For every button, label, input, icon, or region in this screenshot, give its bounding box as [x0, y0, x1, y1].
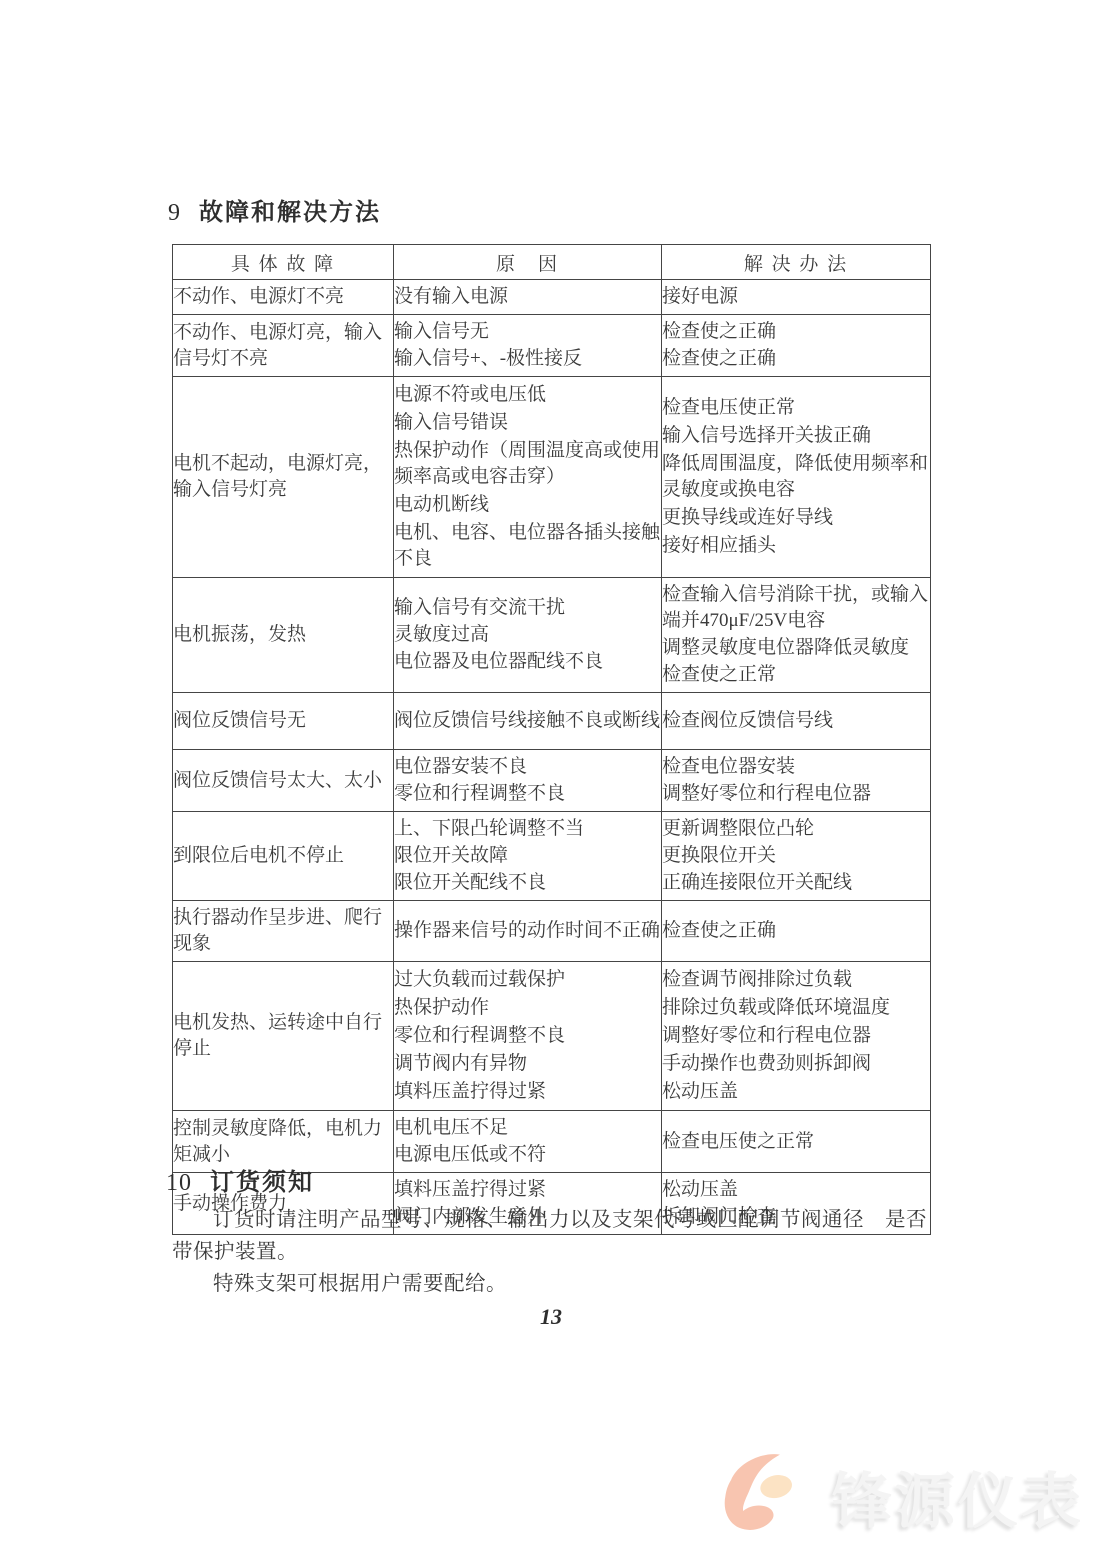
solution-cell-line: 检查电位器安装: [662, 754, 930, 780]
solution-cell-line: 检查阀位反馈信号线: [662, 708, 930, 734]
solution-cell: 更新调整限位凸轮更换限位开关正确连接限位开关配线: [662, 812, 931, 901]
solution-cell-line: 检查使之正确: [662, 346, 930, 372]
solution-cell-line: 输入信号选择开关拔正确: [662, 423, 930, 449]
cause-cell: 电源不符或电压低输入信号错误热保护动作（周围温度高或使用频率高或电容击穿）电动机…: [394, 377, 662, 578]
table-row: 不动作、电源灯亮，输入信号灯不亮输入信号无输入信号+、-极性接反检查使之正确检查…: [173, 315, 931, 377]
cause-cell-line: 限位开关故障: [394, 843, 661, 869]
ordering-paragraph-2: 特殊支架可根据用户需要配给。: [172, 1268, 942, 1300]
document-page: 9 故障和解决方法 具 体 故 障 原 因 解 决 办 法 不动作、电源灯不亮没…: [0, 0, 1102, 1559]
table-row: 阀位反馈信号无阀位反馈信号线接触不良或断线检查阀位反馈信号线: [173, 693, 931, 750]
cause-cell: 操作器来信号的动作时间不正确: [394, 901, 662, 962]
cause-cell-line: 填料压盖拧得过紧: [394, 1177, 661, 1203]
solution-cell: 检查电压使正常输入信号选择开关拔正确降低周围温度，降低使用频率和灵敏度或换电容更…: [662, 377, 931, 578]
solution-cell-line: 更新调整限位凸轮: [662, 816, 930, 842]
cause-cell-line: 输入信号有交流干扰: [394, 595, 661, 621]
fault-cell-line: 不动作、电源灯亮，输入信号灯不亮: [173, 320, 393, 372]
cause-cell: 电位器安装不良零位和行程调整不良: [394, 750, 662, 812]
cause-cell: 没有输入电源: [394, 280, 662, 315]
cause-cell-line: 电机电压不足: [394, 1115, 661, 1141]
fault-cell: 电机发热、运转途中自行停止: [173, 962, 394, 1111]
solution-cell-line: 检查电压使之正常: [662, 1129, 930, 1155]
cause-cell-line: 填料压盖拧得过紧: [394, 1079, 661, 1105]
solution-cell-line: 降低周围温度，降低使用频率和灵敏度或换电容: [662, 451, 930, 503]
cause-cell-line: 输入信号+、-极性接反: [394, 346, 661, 372]
cause-cell-line: 零位和行程调整不良: [394, 1023, 661, 1049]
fault-cell: 阀位反馈信号太大、太小: [173, 750, 394, 812]
solution-cell-line: 检查使之正确: [662, 319, 930, 345]
solution-cell: 检查调节阀排除过负载排除过负载或降低环境温度调整好零位和行程电位器手动操作也费劲…: [662, 962, 931, 1111]
table-row: 电机振荡，发热输入信号有交流干扰灵敏度过高电位器及电位器配线不良检查输入信号消除…: [173, 578, 931, 693]
solution-cell-line: 检查输入信号消除干扰，或输入端并470μF/25V电容: [662, 582, 930, 634]
fault-cell: 电机振荡，发热: [173, 578, 394, 693]
cause-cell-line: 电位器安装不良: [394, 754, 661, 780]
fault-table-body: 不动作、电源灯不亮没有输入电源接好电源不动作、电源灯亮，输入信号灯不亮输入信号无…: [173, 280, 931, 1235]
watermark-text: 锋源仪表: [832, 1454, 1084, 1540]
solution-cell: 检查电位器安装调整好零位和行程电位器: [662, 750, 931, 812]
cause-cell-line: 过大负载而过载保护: [394, 967, 661, 993]
cause-cell-line: 上、下限凸轮调整不当: [394, 816, 661, 842]
cause-cell: 输入信号有交流干扰灵敏度过高电位器及电位器配线不良: [394, 578, 662, 693]
section-9-title: 故障和解决方法: [199, 192, 381, 227]
fault-cell-line: 电机不起动，电源灯亮，输入信号灯亮: [173, 451, 393, 503]
cause-cell: 输入信号无输入信号+、-极性接反: [394, 315, 662, 377]
fault-cell: 不动作、电源灯亮，输入信号灯不亮: [173, 315, 394, 377]
fault-cell: 到限位后电机不停止: [173, 812, 394, 901]
solution-cell-line: 松动压盖: [662, 1177, 930, 1203]
fault-table: 具 体 故 障 原 因 解 决 办 法 不动作、电源灯不亮没有输入电源接好电源不…: [172, 244, 931, 1235]
table-header-row: 具 体 故 障 原 因 解 决 办 法: [173, 245, 931, 280]
cause-cell-line: 限位开关配线不良: [394, 870, 661, 896]
fault-cell-line: 电机振荡，发热: [173, 622, 393, 648]
solution-cell-line: 调整好零位和行程电位器: [662, 1023, 930, 1049]
cause-cell-line: 没有输入电源: [394, 284, 661, 310]
logo-dot: [758, 1472, 794, 1501]
fault-cell-line: 阀位反馈信号太大、太小: [173, 768, 393, 794]
table-row: 阀位反馈信号太大、太小电位器安装不良零位和行程调整不良检查电位器安装调整好零位和…: [173, 750, 931, 812]
solution-cell: 接好电源: [662, 280, 931, 315]
solution-cell-line: 接好相应插头: [662, 533, 930, 559]
cause-cell-line: 输入信号无: [394, 319, 661, 345]
fault-cell-line: 执行器动作呈步进、爬行现象: [173, 905, 393, 957]
cause-cell-line: 热保护动作: [394, 995, 661, 1021]
solution-cell: 检查输入信号消除干扰，或输入端并470μF/25V电容调整灵敏度电位器降低灵敏度…: [662, 578, 931, 693]
solution-cell-line: 正确连接限位开关配线: [662, 870, 930, 896]
watermark: 锋源仪表: [716, 1446, 1084, 1544]
solution-cell-line: 调整好零位和行程电位器: [662, 781, 930, 807]
solution-cell-line: 手动操作也费劲则拆卸阀: [662, 1051, 930, 1077]
solution-cell-line: 松动压盖: [662, 1079, 930, 1105]
cause-cell-line: 电机、电容、电位器各插头接触不良: [394, 520, 661, 572]
ordering-paragraphs: 订货时请注明产品型号、规格、输出力以及支架代号或匹配调节阀通径 是否带保护装置。…: [172, 1204, 942, 1300]
solution-cell-line: 排除过负载或降低环境温度: [662, 995, 930, 1021]
cause-cell: 阀位反馈信号线接触不良或断线: [394, 693, 662, 750]
table-row: 执行器动作呈步进、爬行现象操作器来信号的动作时间不正确检查使之正确: [173, 901, 931, 962]
cause-cell-line: 热保护动作（周围温度高或使用频率高或电容击穿）: [394, 438, 661, 490]
solution-cell: 检查使之正确: [662, 901, 931, 962]
fault-cell: 阀位反馈信号无: [173, 693, 394, 750]
fault-cell: 执行器动作呈步进、爬行现象: [173, 901, 394, 962]
cause-cell-line: 零位和行程调整不良: [394, 781, 661, 807]
solution-cell: 检查电压使之正常: [662, 1111, 931, 1173]
solution-cell-line: 更换导线或连好导线: [662, 505, 930, 531]
cause-cell: 上、下限凸轮调整不当限位开关故障限位开关配线不良: [394, 812, 662, 901]
cause-cell-line: 灵敏度过高: [394, 622, 661, 648]
fault-cell-line: 电机发热、运转途中自行停止: [173, 1010, 393, 1062]
fault-cell-line: 到限位后电机不停止: [173, 843, 393, 869]
solution-cell-line: 检查调节阀排除过负载: [662, 967, 930, 993]
header-fault: 具 体 故 障: [173, 245, 394, 280]
cause-cell-line: 电动机断线: [394, 492, 661, 518]
solution-cell: 检查阀位反馈信号线: [662, 693, 931, 750]
solution-cell-line: 检查使之正确: [662, 918, 930, 944]
solution-cell-line: 调整灵敏度电位器降低灵敏度: [662, 635, 930, 661]
cause-cell-line: 电源电压低或不符: [394, 1142, 661, 1168]
solution-cell: 检查使之正确检查使之正确: [662, 315, 931, 377]
cause-cell-line: 阀位反馈信号线接触不良或断线: [394, 708, 661, 734]
solution-cell-line: 检查使之正常: [662, 662, 930, 688]
cause-cell: 电机电压不足电源电压低或不符: [394, 1111, 662, 1173]
table-row: 到限位后电机不停止上、下限凸轮调整不当限位开关故障限位开关配线不良更新调整限位凸…: [173, 812, 931, 901]
section-10-number: 10: [166, 1170, 192, 1197]
cause-cell-line: 调节阀内有异物: [394, 1051, 661, 1077]
fault-cell-line: 控制灵敏度降低，电机力矩减小: [173, 1116, 393, 1168]
brand-logo-icon: [716, 1446, 810, 1544]
section-9-heading: 9 故障和解决方法: [168, 192, 381, 227]
cause-cell: 过大负载而过载保护热保护动作零位和行程调整不良调节阀内有异物填料压盖拧得过紧: [394, 962, 662, 1111]
cause-cell-line: 操作器来信号的动作时间不正确: [394, 918, 661, 944]
header-cause: 原 因: [394, 245, 662, 280]
fault-table-container: 具 体 故 障 原 因 解 决 办 法 不动作、电源灯不亮没有输入电源接好电源不…: [172, 244, 931, 1235]
table-row: 不动作、电源灯不亮没有输入电源接好电源: [173, 280, 931, 315]
section-10-title: 订货须知: [210, 1162, 314, 1197]
solution-cell-line: 更换限位开关: [662, 843, 930, 869]
solution-cell-line: 检查电压使正常: [662, 395, 930, 421]
cause-cell-line: 电位器及电位器配线不良: [394, 649, 661, 675]
page-number: 13: [172, 1304, 930, 1330]
fault-cell-line: 阀位反馈信号无: [173, 708, 393, 734]
section-9-number: 9: [168, 200, 181, 227]
fault-cell: 不动作、电源灯不亮: [173, 280, 394, 315]
cause-cell-line: 输入信号错误: [394, 410, 661, 436]
cause-cell-line: 电源不符或电压低: [394, 382, 661, 408]
fault-cell: 电机不起动，电源灯亮，输入信号灯亮: [173, 377, 394, 578]
fault-cell-line: 不动作、电源灯不亮: [173, 284, 393, 310]
solution-cell-line: 接好电源: [662, 284, 930, 310]
table-row: 电机发热、运转途中自行停止过大负载而过载保护热保护动作零位和行程调整不良调节阀内…: [173, 962, 931, 1111]
table-row: 电机不起动，电源灯亮，输入信号灯亮电源不符或电压低输入信号错误热保护动作（周围温…: [173, 377, 931, 578]
header-solution: 解 决 办 法: [662, 245, 931, 280]
ordering-paragraph-1: 订货时请注明产品型号、规格、输出力以及支架代号或匹配调节阀通径 是否带保护装置。: [172, 1204, 942, 1268]
section-10-heading: 10 订货须知: [166, 1162, 314, 1197]
